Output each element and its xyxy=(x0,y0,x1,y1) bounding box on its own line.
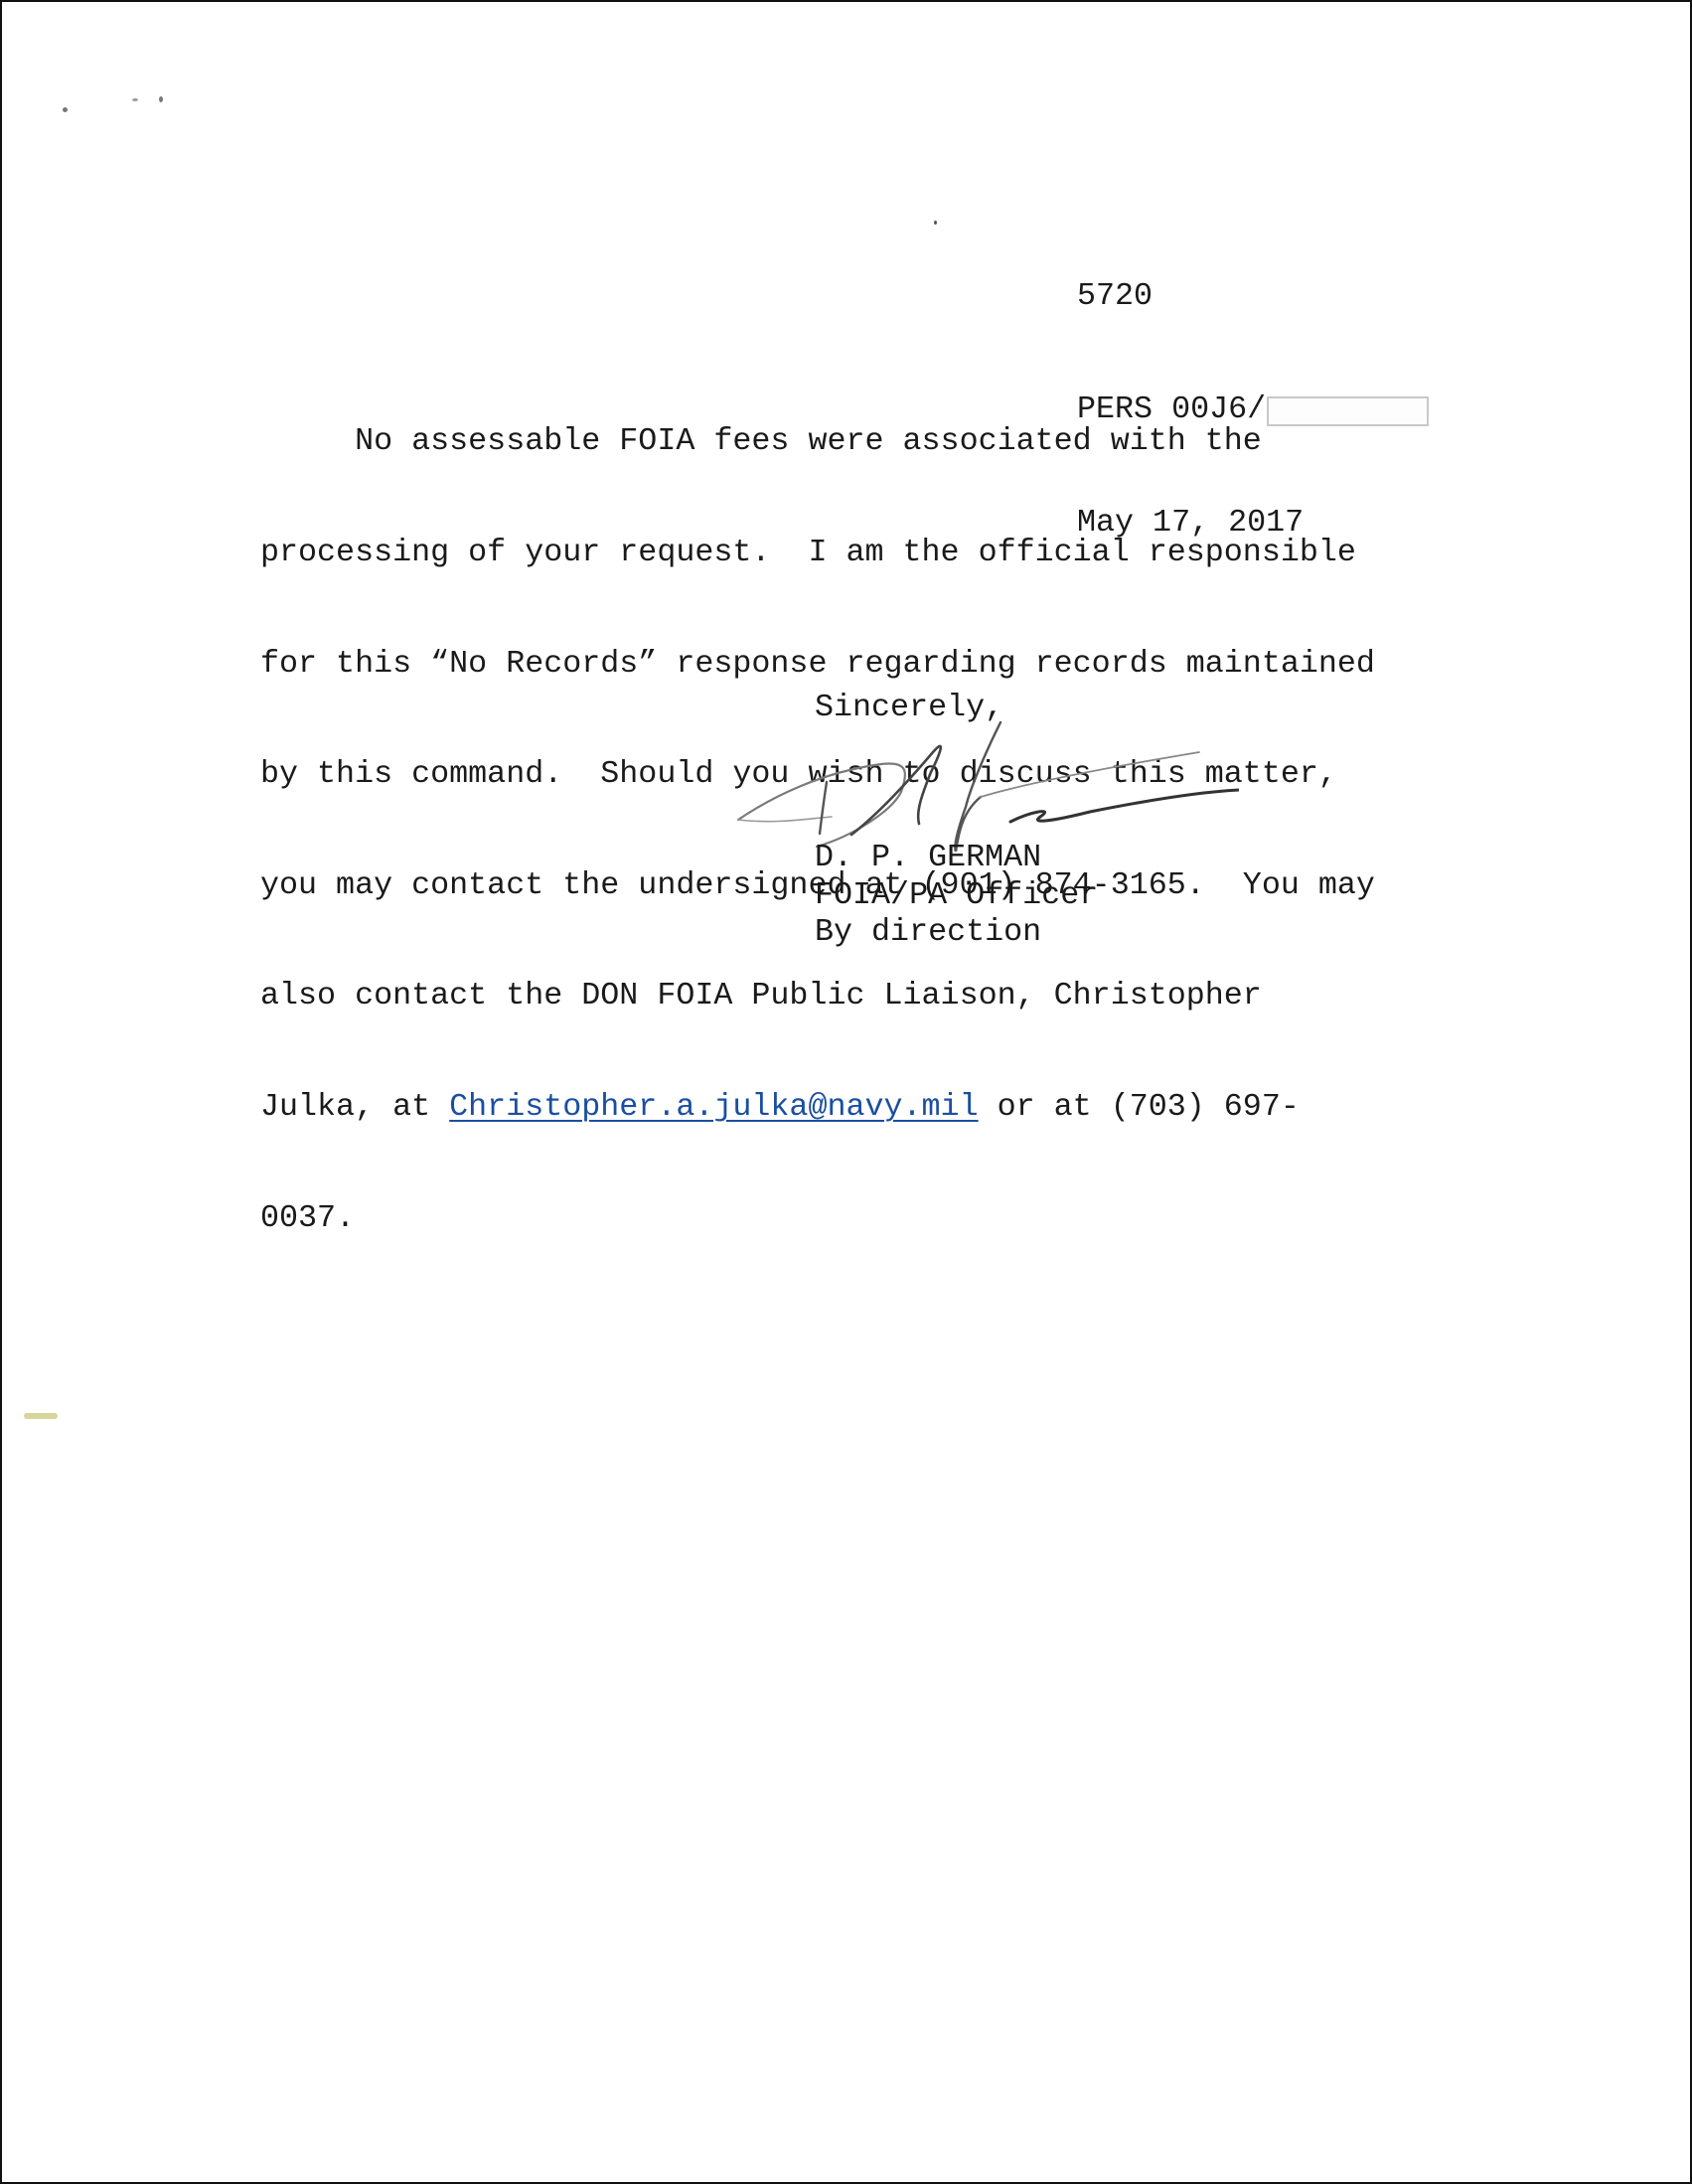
body-text: or at (703) 697- xyxy=(979,1089,1300,1125)
signer-name: D. P. GERMAN xyxy=(815,840,1041,876)
body-line: 0037. xyxy=(260,1200,1375,1237)
scan-speck xyxy=(63,107,68,112)
body-line: No assessable FOIA fees were associated … xyxy=(260,423,1375,460)
scan-speck xyxy=(934,221,937,225)
body-line: also contact the DON FOIA Public Liaison… xyxy=(260,978,1375,1014)
letter-page: 5720 PERS 00J6/ May 17, 2017 No assessab… xyxy=(0,0,1692,2184)
signer-note: By direction xyxy=(815,914,1041,951)
body-line-with-email: Julka, at Christopher.a.julka@navy.mil o… xyxy=(260,1089,1375,1126)
closing-block: Sincerely, D. P. GERMAN FOIA/PA Officer … xyxy=(815,690,890,911)
salutation: Sincerely, xyxy=(815,690,1003,726)
scan-speck xyxy=(132,98,138,101)
body-line: processing of your request. I am the off… xyxy=(260,535,1375,571)
email-link[interactable]: Christopher.a.julka@navy.mil xyxy=(449,1089,978,1125)
body-text: Julka, at xyxy=(260,1089,449,1125)
handwritten-signature xyxy=(732,712,1239,852)
body-line: for this “No Records” response regarding… xyxy=(260,646,1375,683)
scan-speck xyxy=(24,1413,58,1419)
scan-speck xyxy=(159,96,163,102)
signer-title: FOIA/PA Officer xyxy=(815,877,1098,914)
ssic-code: 5720 xyxy=(1077,277,1429,315)
